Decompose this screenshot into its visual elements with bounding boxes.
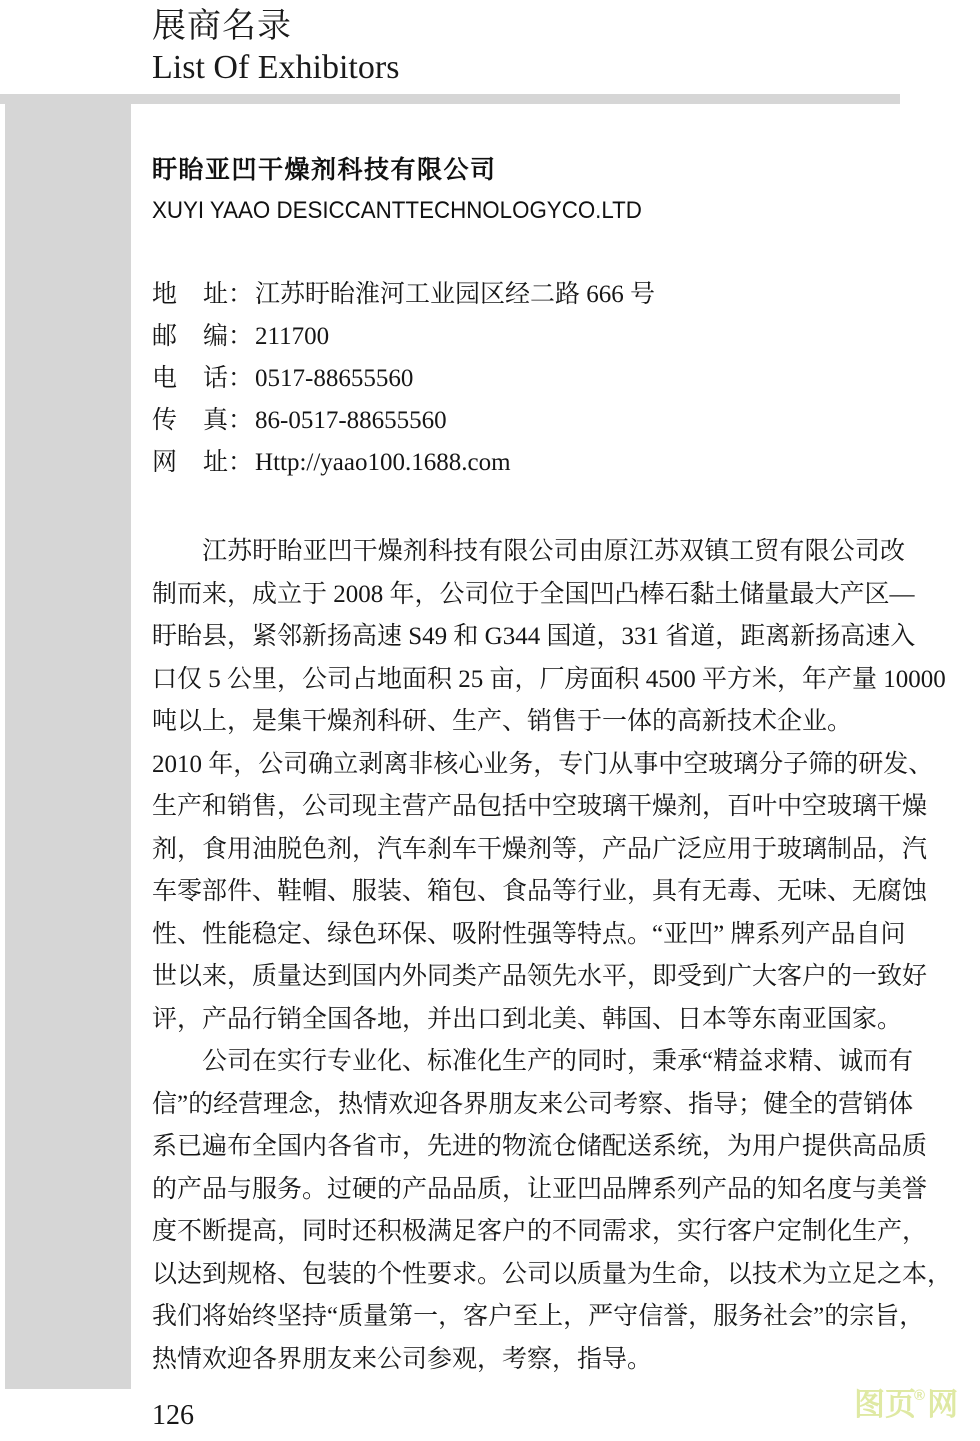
- contact-value-fax: 86-0517-88655560: [255, 400, 447, 442]
- body-line: 制而来，成立于 2008 年，公司位于全国凹凸棒石黏土储量最大产区—: [152, 574, 905, 617]
- contact-value-phone: 0517-88655560: [255, 358, 413, 400]
- contact-row-zipcode: 邮编：211700: [152, 316, 655, 358]
- company-description: 江苏盱眙亚凹干燥剂科技有限公司由原江苏双镇工贸有限公司改 制而来，成立于 200…: [152, 531, 905, 1381]
- contact-info: 地址：江苏盱眙淮河工业园区经二路 666 号 邮编：211700 电话：0517…: [152, 274, 655, 484]
- body-line: 世以来，质量达到国内外同类产品领先水平，即受到广大客户的一致好: [152, 956, 905, 999]
- contact-colon: ：: [228, 274, 253, 316]
- left-margin-bar: [5, 94, 131, 1389]
- body-line: 吨以上，是集干燥剂科研、生产、销售于一体的高新技术企业。: [152, 701, 905, 744]
- body-line: 热情欢迎各界朋友来公司参观，考察，指导。: [152, 1339, 905, 1382]
- body-line: 信”的经营理念，热情欢迎各界朋友来公司考察、指导；健全的营销体: [152, 1084, 905, 1127]
- contact-value-address: 江苏盱眙淮河工业园区经二路 666 号: [255, 274, 655, 316]
- contact-label: 传真: [152, 400, 228, 442]
- header-divider-band: [0, 94, 900, 104]
- document-page: 展商名录 List Of Exhibitors 盱眙亚凹干燥剂科技有限公司 XU…: [0, 0, 980, 1441]
- body-line: 车零部件、鞋帽、服装、箱包、食品等行业，具有无毒、无味、无腐蚀: [152, 871, 905, 914]
- contact-row-phone: 电话：0517-88655560: [152, 358, 655, 400]
- body-line: 我们将始终坚持“质量第一，客户至上，严守信誉，服务社会”的宗旨，: [152, 1296, 905, 1339]
- body-line: 盱眙县，紧邻新扬高速 S49 和 G344 国道，331 省道，距离新扬高速入: [152, 616, 905, 659]
- contact-row-website: 网址：Http://yaao100.1688.com: [152, 442, 655, 484]
- body-line: 的产品与服务。过硬的产品品质，让亚凹品牌系列产品的知名度与美誉: [152, 1169, 905, 1212]
- body-line: 江苏盱眙亚凹干燥剂科技有限公司由原江苏双镇工贸有限公司改: [152, 531, 905, 574]
- body-line: 2010 年，公司确立剥离非核心业务，专门从事中空玻璃分子筛的研发、: [152, 744, 905, 787]
- body-line: 度不断提高，同时还积极满足客户的不同需求，实行客户定制化生产，: [152, 1211, 905, 1254]
- contact-row-address: 地址：江苏盱眙淮河工业园区经二路 666 号: [152, 274, 655, 316]
- body-line: 性、性能稳定、绿色环保、吸附性强等特点。“亚凹” 牌系列产品自问: [152, 914, 905, 957]
- body-line: 系已遍布全国内各省市，先进的物流仓储配送系统，为用户提供高品质: [152, 1126, 905, 1169]
- page-title-cn: 展商名录: [152, 6, 292, 48]
- page-number: 126: [152, 1400, 194, 1432]
- body-line: 剂，食用油脱色剂，汽车刹车干燥剂等，产品广泛应用于玻璃制品，汽: [152, 829, 905, 872]
- company-name-cn: 盱眙亚凹干燥剂科技有限公司: [152, 150, 497, 186]
- contact-value-zipcode: 211700: [255, 316, 329, 358]
- body-line: 以达到规格、包装的个性要求。公司以质量为生命，以技术为立足之本，: [152, 1254, 905, 1297]
- contact-colon: ：: [228, 358, 253, 400]
- watermark-logo: 图页®网: [854, 1386, 958, 1430]
- company-name-en: XUYI YAAO DESICCANTTECHNOLOGYCO.LTD: [152, 197, 642, 225]
- body-line: 评，产品行销全国各地，并出口到北美、韩国、日本等东南亚国家。: [152, 999, 905, 1042]
- contact-label: 地址: [152, 274, 228, 316]
- contact-label: 网址: [152, 442, 228, 484]
- contact-colon: ：: [228, 400, 253, 442]
- registered-trademark-icon: ®: [914, 1377, 925, 1415]
- body-line: 口仅 5 公里，公司占地面积 25 亩，厂房面积 4500 平方米，年产量 10…: [152, 659, 905, 702]
- contact-label: 电话: [152, 358, 228, 400]
- page-title-en: List Of Exhibitors: [152, 48, 399, 88]
- body-line: 生产和销售，公司现主营产品包括中空玻璃干燥剂，百叶中空玻璃干燥: [152, 786, 905, 829]
- watermark-text-right: 网: [927, 1387, 958, 1422]
- contact-colon: ：: [228, 442, 253, 484]
- contact-row-fax: 传真：86-0517-88655560: [152, 400, 655, 442]
- contact-label: 邮编: [152, 316, 228, 358]
- watermark-text-left: 图页: [854, 1387, 916, 1422]
- body-line: 公司在实行专业化、标准化生产的同时，秉承“精益求精、诚而有: [152, 1041, 905, 1084]
- contact-colon: ：: [228, 316, 253, 358]
- contact-value-website: Http://yaao100.1688.com: [255, 442, 511, 484]
